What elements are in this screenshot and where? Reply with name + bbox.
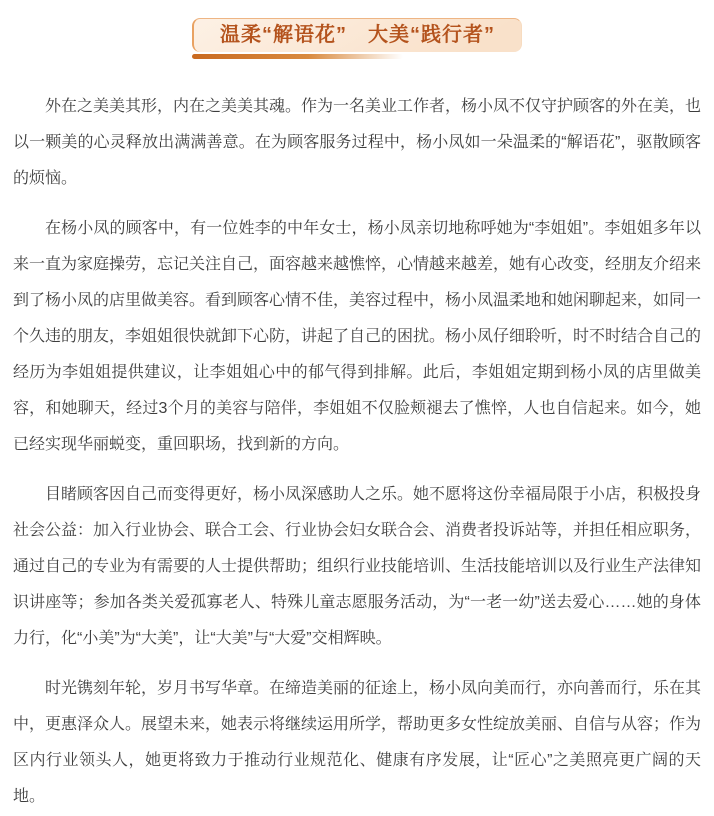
banner-underline-decoration <box>192 54 403 59</box>
paragraph-public-welfare: 目睹顾客因自己而变得更好，杨小凤深感助人之乐。她不愿将这份幸福局限于小店，积极投… <box>13 477 701 657</box>
paragraph-intro: 外在之美美其形，内在之美美其魂。作为一名美业工作者，杨小凤不仅守护顾客的外在美，… <box>13 89 701 197</box>
paragraph-outlook: 时光镌刻年轮，岁月书写华章。在缔造美丽的征途上，杨小凤向美而行，亦向善而行，乐在… <box>13 671 701 815</box>
article-body: 外在之美美其形，内在之美美其魂。作为一名美业工作者，杨小凤不仅守护顾客的外在美，… <box>13 89 701 815</box>
page-title: 温柔“解语花” 大美“践行者” <box>220 24 495 46</box>
article-page: 温柔“解语花” 大美“践行者” 外在之美美其形，内在之美美其魂。作为一名美业工作… <box>0 0 714 816</box>
banner-box: 温柔“解语花” 大美“践行者” <box>192 18 522 52</box>
title-banner: 温柔“解语花” 大美“践行者” <box>192 18 522 59</box>
paragraph-customer-story: 在杨小凤的顾客中，有一位姓李的中年女士，杨小凤亲切地称呼她为“李姐姐”。李姐姐多… <box>13 211 701 463</box>
